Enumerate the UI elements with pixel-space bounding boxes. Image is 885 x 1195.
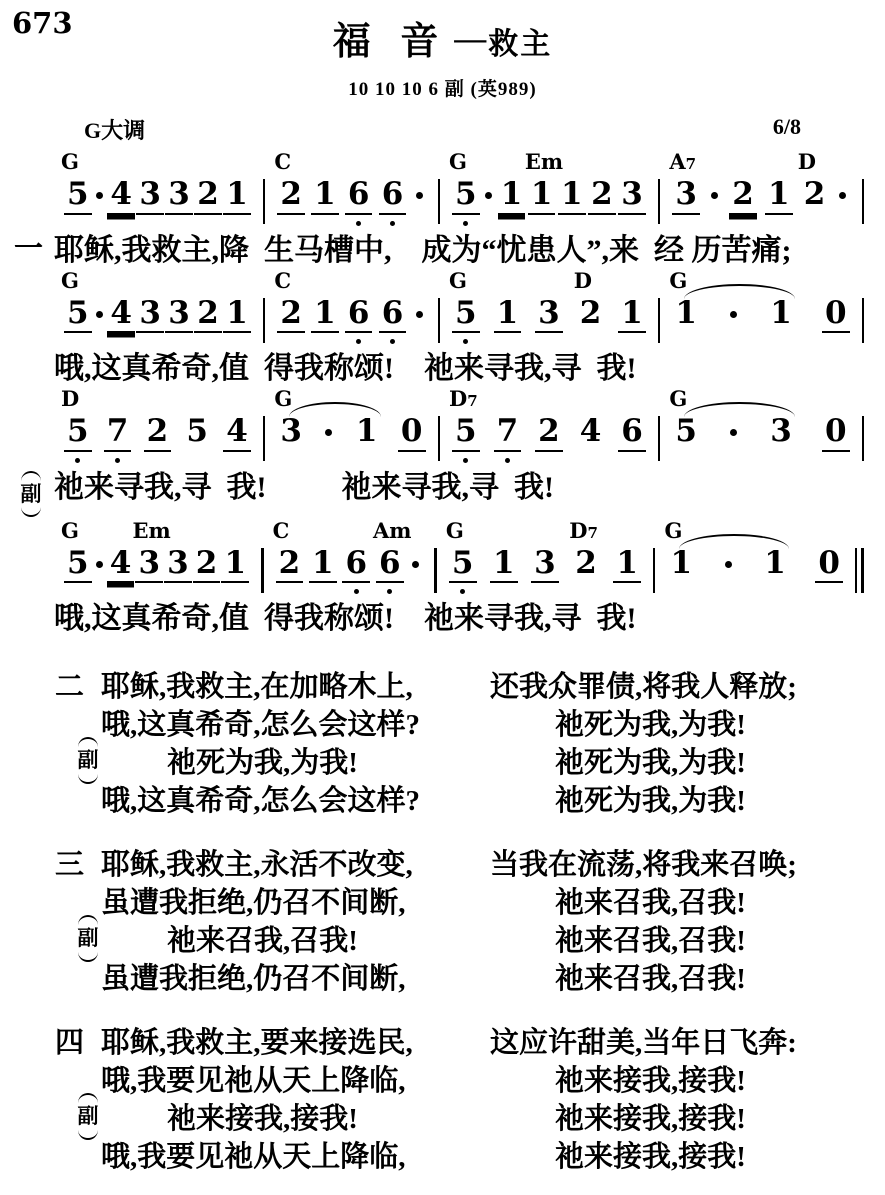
refrain-marker-wrap: 副 [71, 737, 103, 783]
measure: 5G43321 [52, 178, 263, 215]
note-digit: 2D [577, 297, 605, 332]
music-notation: 5G433212C1665G11Em1233A7212D一耶稣,我救主,降 生马… [0, 149, 885, 635]
note-digit: 3 [136, 178, 164, 215]
note-digit: 1 [353, 415, 381, 450]
verse-left: 虽遭我拒绝,仍召不间断, [55, 956, 490, 997]
note-digit: 1 [309, 547, 337, 584]
dot-glyph [325, 429, 332, 436]
verse-row: 四耶稣,我救主,要来接选民,这应许甜美,当年日飞奔: [55, 1021, 885, 1059]
digit-glyph: 5 [452, 178, 480, 215]
digit-glyph: 2 [729, 178, 757, 215]
rest-note: 0 [815, 547, 843, 584]
chord-label: G [61, 151, 79, 172]
chord-label: C [274, 151, 291, 172]
low-octave-dot [463, 458, 468, 463]
refrain-bracket-bottom [21, 507, 41, 517]
low-octave-dot [356, 339, 361, 344]
verse-left: 副祂来接我,接我! [55, 1093, 490, 1139]
note-digit: 6 [379, 297, 407, 345]
final-barline [855, 547, 864, 593]
chord-label: G [664, 520, 682, 541]
dot-glyph [725, 561, 732, 568]
verse-text: 祂死为我,为我! [167, 740, 358, 781]
lyric-text: 祂来寻我,寻 我! 祂来寻我,寻 我! [54, 471, 554, 504]
chord-label: G [449, 151, 467, 172]
note-digit: 3 [165, 178, 193, 215]
measure: 5G132D1 [440, 297, 658, 345]
verse-text: 这应许甜美,当年日飞奔: [490, 1027, 797, 1059]
note-digit: 5D7 [452, 415, 480, 463]
lyric-text: 哦,这真希奇,值 得我称颂! 祂来寻我,寻 我! [54, 352, 636, 385]
verse-text: 祂死为我,为我! [555, 785, 746, 817]
augmentation-dot [727, 415, 740, 436]
rest-note: 0 [398, 415, 426, 452]
verse-right: 祂来接我,接我! [490, 1058, 746, 1099]
digit-glyph: 1 [618, 297, 646, 334]
note-digit: 5G [452, 297, 480, 345]
augmentation-dot [708, 178, 721, 199]
refrain-label: 副 [78, 1103, 99, 1129]
measure: 2C166 [265, 297, 437, 345]
digit-glyph: 1 [223, 178, 251, 215]
lyric-line: 一耶稣,我救主,降 生马槽中, 成为“忧患人”,来 经 历苦痛; [14, 234, 885, 267]
digit-glyph: 3 [135, 547, 163, 584]
note-digit: 6 [618, 415, 646, 452]
music-system: 5D72543G105D772465G30副祂来寻我,寻 我! 祂来寻我,寻 我… [0, 386, 885, 517]
digit-glyph: 6 [618, 415, 646, 452]
verse-text: 耶稣,我救主,永活不改变, [101, 842, 413, 883]
key-signature: G大调 [84, 114, 145, 145]
augmentation-dot [413, 297, 426, 318]
refrain-bracket-top [78, 737, 98, 747]
note-digit: 3 [531, 547, 559, 584]
verse-text: 祂来召我,召我! [555, 963, 746, 995]
low-octave-dot [463, 339, 468, 344]
digit-glyph: 1 [613, 547, 641, 584]
digit-glyph: 5 [449, 547, 477, 584]
lyric-text: 耶稣,我救主,降 生马槽中, 成为“忧患人”,来 经 历苦痛; [54, 234, 792, 267]
low-octave-dot [75, 458, 80, 463]
lyric-marker: 一 [14, 234, 54, 266]
measure: 2C166 [265, 178, 437, 226]
low-octave-dot [505, 458, 510, 463]
digit-glyph: 0 [815, 547, 843, 584]
low-octave-dot [463, 221, 468, 226]
rest-note: 0 [822, 297, 850, 334]
verse-right: 祂死为我,为我! [490, 778, 746, 819]
refrain-marker: 副 [16, 471, 46, 517]
verse-right: 祂死为我,为我! [490, 702, 746, 743]
digit-glyph: 2 [276, 547, 304, 584]
chord-label: Em [525, 151, 563, 172]
dot-glyph [416, 192, 423, 199]
digit-glyph: 6 [379, 297, 407, 334]
note-digit: 3 [767, 415, 795, 450]
digit-glyph: 5 [452, 415, 480, 452]
digit-glyph: 3 [136, 178, 164, 215]
digit-glyph: 4 [107, 297, 135, 334]
chord-label: C [274, 270, 291, 291]
digit-glyph: 2 [535, 415, 563, 452]
measure: 2C166Am [264, 547, 435, 595]
note-digit: 6 [345, 178, 373, 226]
augmentation-dot [413, 178, 426, 199]
refrain-marker: 副 [73, 915, 103, 961]
note-digit: 4 [107, 547, 135, 584]
note-digit: 1G [667, 547, 695, 582]
refrain-label: 副 [78, 747, 99, 773]
digit-glyph: 4 [577, 415, 605, 450]
dot-glyph [839, 192, 846, 199]
low-octave-dot [387, 589, 392, 594]
barline [861, 548, 864, 593]
verse-row: 副祂死为我,为我!祂死为我,为我! [55, 741, 885, 779]
measure: 5D7254 [52, 415, 263, 463]
digit-glyph: 4 [107, 178, 135, 215]
verse-text: 哦,我要见祂从天上降临, [101, 1134, 406, 1175]
page-title: 福 音—救主 [0, 0, 885, 65]
verse-row: 哦,我要见祂从天上降临,祂来接我,接我! [55, 1135, 885, 1173]
augmentation-dot [322, 415, 335, 436]
digit-glyph: 7 [104, 415, 132, 452]
digit-glyph: 3 [165, 297, 193, 334]
music-system: 5G433212C1665G132D11G10哦,这真希奇,值 得我称颂! 祂来… [0, 268, 885, 386]
augmentation-dot [93, 547, 106, 568]
note-digit: 5G [672, 415, 700, 450]
verse-text: 哦,这真希奇,怎么会这样? [101, 778, 420, 819]
verse-text: 祂来接我,接我! [167, 1096, 358, 1137]
verse-row: 副祂来召我,召我!祂来召我,召我! [55, 919, 885, 957]
verse-text: 祂来接我,接我! [555, 1141, 746, 1173]
note-digit: 2 [194, 178, 222, 215]
verse-row: 虽遭我拒绝,仍召不间断,祂来召我,召我! [55, 881, 885, 919]
digit-glyph: 3 [531, 547, 559, 584]
chord-number: 7 [587, 524, 597, 542]
chord-label: D [574, 270, 592, 291]
meter-line: 10 10 10 6 副 (英989) [0, 74, 885, 101]
digit-glyph: 5 [672, 415, 700, 450]
dot-glyph [711, 192, 718, 199]
digit-glyph: 1 [498, 178, 526, 215]
verses-block: 二耶稣,我救主,在加略木上,还我众罪债,将我人释放;哦,这真希奇,怎么会这样?祂… [0, 665, 885, 1173]
note-digit: 3Em [135, 547, 163, 584]
barline [862, 298, 865, 343]
dot-glyph [416, 311, 423, 318]
note-digit: 4 [107, 297, 135, 334]
low-octave-dot [115, 458, 120, 463]
digit-glyph: 0 [822, 415, 850, 452]
note-digit: 3 [165, 297, 193, 334]
digit-glyph: 1 [528, 178, 556, 215]
refrain-label: 副 [21, 481, 42, 507]
verse-left: 四耶稣,我救主,要来接选民, [55, 1020, 490, 1061]
verse-text: 耶稣,我救主,要来接选民, [101, 1020, 413, 1061]
dot-glyph [96, 561, 103, 568]
chord-label: G [669, 270, 687, 291]
digit-glyph: 3 [165, 178, 193, 215]
note-digit: 6 [345, 297, 373, 345]
verse-right: 祂来召我,召我! [490, 880, 746, 921]
digit-glyph: 5 [64, 297, 92, 334]
digit-glyph: 1 [558, 178, 586, 215]
digit-glyph: 1 [494, 297, 522, 334]
digit-glyph: 1 [311, 178, 339, 215]
lyric-line: 哦,这真希奇,值 得我称颂! 祂来寻我,寻 我! [14, 352, 885, 385]
note-digit: 2C [277, 297, 305, 334]
verse-row: 哦,这真希奇,怎么会这样?祂死为我,为我! [55, 779, 885, 817]
digit-glyph: 5 [64, 547, 92, 584]
digit-glyph: 6 [376, 547, 404, 584]
dot-glyph [412, 561, 419, 568]
chord-label: D7 [569, 520, 598, 541]
digit-glyph: 5 [452, 297, 480, 334]
verse-number: 四 [55, 1020, 101, 1061]
digit-glyph: 1 [490, 547, 518, 584]
digit-glyph: 4 [223, 415, 251, 452]
lyric-marker: 副 [14, 471, 54, 517]
verse-right: 祂死为我,为我! [490, 740, 746, 781]
note-digit: 1 [221, 547, 249, 584]
low-octave-dot [390, 221, 395, 226]
chord-label: Em [132, 520, 170, 541]
refrain-label: 副 [78, 925, 99, 951]
low-octave-dot [356, 221, 361, 226]
dot-glyph [485, 192, 492, 199]
verse-text: 耶稣,我救主,在加略木上, [101, 664, 413, 705]
note-digit: 1 [223, 297, 251, 334]
augmentation-dot [93, 178, 106, 199]
refrain-marker-wrap: 副 [71, 1093, 103, 1139]
measure: 5G43321 [52, 297, 263, 334]
note-digit: 1 [223, 178, 251, 215]
note-digit: 2 [535, 415, 563, 452]
note-digit: 2 [194, 297, 222, 334]
note-digit: 1 [558, 178, 586, 215]
digit-glyph: 2 [277, 178, 305, 215]
refrain-bracket-top [78, 915, 98, 925]
augmentation-dot [836, 178, 849, 199]
digit-glyph: 5 [183, 415, 211, 450]
digit-glyph: 2 [277, 297, 305, 334]
low-octave-dot [354, 589, 359, 594]
note-digit: 6 [342, 547, 370, 595]
note-digit: 1 [494, 297, 522, 334]
measure: 5G43Em321 [52, 547, 261, 584]
dot-glyph [96, 311, 103, 318]
tie-arc [679, 534, 790, 549]
note-digit: 1G [672, 297, 700, 332]
digit-glyph: 4 [107, 547, 135, 584]
digit-glyph: 1 [667, 547, 695, 582]
digit-glyph: 0 [398, 415, 426, 452]
chord-label: G [446, 520, 464, 541]
augmentation-dot [722, 547, 735, 568]
verse: 四耶稣,我救主,要来接选民,这应许甜美,当年日飞奔:哦,我要见祂从天上降临,祂来… [0, 1021, 885, 1173]
tie-arc [289, 402, 382, 417]
barline [862, 179, 865, 224]
verse-left: 哦,这真希奇,怎么会这样? [55, 778, 490, 819]
verse: 二耶稣,我救主,在加略木上,还我众罪债,将我人释放;哦,这真希奇,怎么会这样?祂… [0, 665, 885, 817]
note-digit: 3 [136, 297, 164, 334]
digit-glyph: 3 [136, 297, 164, 334]
verse-right: 这应许甜美,当年日飞奔: [490, 1020, 797, 1061]
verse-text: 祂来接我,接我! [555, 1103, 746, 1135]
tie-arc [684, 402, 796, 417]
note-digit: 4 [223, 415, 251, 452]
verse-row: 副祂来接我,接我!祂来接我,接我! [55, 1097, 885, 1135]
note-digit: 1 [311, 178, 339, 215]
lyric-line: 哦,这真希奇,值 得我称颂! 祂来寻我,寻 我! [14, 602, 885, 635]
verse: 三耶稣,我救主,永活不改变,当我在流荡,将我来召唤;虽遭我拒绝,仍召不间断,祂来… [0, 843, 885, 995]
measure: 1G10 [660, 297, 861, 334]
digit-glyph: 2 [194, 297, 222, 334]
digit-glyph: 3 [618, 178, 646, 215]
digit-glyph: 2 [144, 415, 172, 452]
chord-label: G [449, 270, 467, 291]
measure: 1G10 [655, 547, 855, 584]
note-digit: 3 [164, 547, 192, 584]
augmentation-dot [482, 178, 495, 199]
note-digit: 1 [761, 547, 789, 582]
note-digit: 3A7 [672, 178, 700, 215]
digit-glyph: 6 [345, 297, 373, 334]
music-system: 5G433212C1665G11Em1233A7212D一耶稣,我救主,降 生马… [0, 149, 885, 267]
refrain-marker: 副 [73, 737, 103, 783]
verse-right: 祂来召我,召我! [490, 956, 746, 997]
chord-label: D [61, 388, 79, 409]
note-digit: 7 [494, 415, 522, 463]
note-digit: 5 [183, 415, 211, 450]
notes-line: 5G433212C1665G132D11G10 [52, 268, 864, 345]
verse-text: 祂死为我,为我! [555, 747, 746, 779]
verse-left: 三耶稣,我救主,永活不改变, [55, 842, 490, 883]
hymn-page: 673 福 音—救主 10 10 10 6 副 (英989) G大调 6/8 5… [0, 0, 885, 1195]
note-digit: 4 [107, 178, 135, 215]
tie-arc [684, 284, 796, 299]
digit-glyph: 2 [572, 547, 600, 582]
note-digit: 1Em [528, 178, 556, 215]
note-digit: 2C [277, 178, 305, 215]
chord-label: G [61, 270, 79, 291]
digit-glyph: 3 [535, 297, 563, 334]
digit-glyph: 5 [64, 415, 92, 452]
note-digit: 2D [801, 178, 829, 213]
verse-text: 还我众罪债,将我人释放; [490, 671, 797, 703]
verse-left: 副祂死为我,为我! [55, 737, 490, 783]
lyric-text: 哦,这真希奇,值 得我称颂! 祂来寻我,寻 我! [54, 602, 636, 635]
verse-left: 二耶稣,我救主,在加略木上, [55, 664, 490, 705]
refrain-bracket-top [21, 471, 41, 481]
digit-glyph: 2 [577, 297, 605, 332]
note-digit: 5G [449, 547, 477, 595]
verse-left: 副祂来召我,召我! [55, 915, 490, 961]
title-main: 福 音 [333, 21, 449, 63]
note-digit: 5G [64, 547, 92, 584]
verse-text: 祂来召我,召我! [167, 918, 358, 959]
rest-note: 0 [822, 415, 850, 452]
digit-glyph: 5 [64, 178, 92, 215]
chord-label: G [61, 520, 79, 541]
verse-text: 祂死为我,为我! [555, 709, 746, 741]
barline [862, 416, 865, 461]
notes-line: 5G433212C1665G11Em1233A7212D [52, 149, 864, 226]
verse-right: 当我在流荡,将我来召唤; [490, 842, 797, 883]
chord-label: C [273, 520, 290, 541]
digit-glyph: 1 [353, 415, 381, 450]
chord-number: 7 [686, 155, 696, 173]
note-digit: 7 [104, 415, 132, 463]
verse-number: 二 [55, 664, 101, 705]
digit-glyph: 1 [765, 178, 793, 215]
chord-label: Am [373, 520, 412, 541]
verse-row: 三耶稣,我救主,永活不改变,当我在流荡,将我来召唤; [55, 843, 885, 881]
digit-glyph: 2 [588, 178, 616, 215]
digit-glyph: 7 [494, 415, 522, 452]
verse-number: 一 [14, 234, 43, 266]
verse-right: 祂来召我,召我! [490, 918, 746, 959]
digit-glyph: 1 [311, 297, 339, 334]
digit-glyph: 3 [277, 415, 305, 450]
low-octave-dot [390, 339, 395, 344]
refrain-bracket-top [78, 1093, 98, 1103]
title-subtitle: 救主 [488, 28, 552, 61]
note-digit: 1 [613, 547, 641, 584]
digit-glyph: 1 [221, 547, 249, 584]
digit-glyph: 6 [379, 178, 407, 215]
note-digit: 5G [452, 178, 480, 226]
digit-glyph: 6 [345, 178, 373, 215]
verse-text: 祂来召我,召我! [555, 887, 746, 919]
digit-glyph: 3 [164, 547, 192, 584]
refrain-marker-wrap: 副 [71, 915, 103, 961]
time-signature: 6/8 [773, 114, 801, 145]
chord-label: D7 [449, 388, 478, 409]
note-digit: 2 [588, 178, 616, 215]
chord-label: A7 [669, 151, 696, 172]
measure: 5G11Em123 [440, 178, 658, 226]
chord-number: 7 [467, 392, 477, 410]
notes-line: 5G43Em3212C166Am5G132D711G10 [52, 518, 864, 595]
augmentation-dot [409, 547, 422, 568]
note-digit: 1 [618, 297, 646, 334]
digit-glyph: 1 [223, 297, 251, 334]
lyric-line: 副祂来寻我,寻 我! 祂来寻我,寻 我! [14, 471, 885, 517]
digit-glyph: 2 [194, 178, 222, 215]
digit-glyph: 2 [801, 178, 829, 213]
chord-label: D [798, 151, 816, 172]
note-digit: 2 [729, 178, 757, 215]
measure: 3G10 [265, 415, 437, 452]
digit-glyph: 1 [309, 547, 337, 584]
note-digit: 5G [64, 297, 92, 334]
note-digit: 5G [64, 178, 92, 215]
verse-right: 祂来接我,接我! [490, 1096, 746, 1137]
digit-glyph: 3 [672, 178, 700, 215]
music-system: 5G43Em3212C166Am5G132D711G10哦,这真希奇,值 得我称… [0, 518, 885, 636]
key-time-row: G大调 6/8 [84, 114, 801, 145]
verse-number: 三 [55, 842, 101, 883]
dot-glyph [96, 192, 103, 199]
verse-left: 哦,我要见祂从天上降临, [55, 1134, 490, 1175]
verse-row: 二耶稣,我救主,在加略木上,还我众罪债,将我人释放; [55, 665, 885, 703]
notes-line: 5D72543G105D772465G30 [52, 386, 864, 463]
digit-glyph: 6 [342, 547, 370, 584]
note-digit: 1 [765, 178, 793, 215]
note-digit: 5D [64, 415, 92, 463]
chord-label: G [274, 388, 292, 409]
barline [855, 548, 858, 593]
note-digit: 1 [498, 178, 526, 215]
